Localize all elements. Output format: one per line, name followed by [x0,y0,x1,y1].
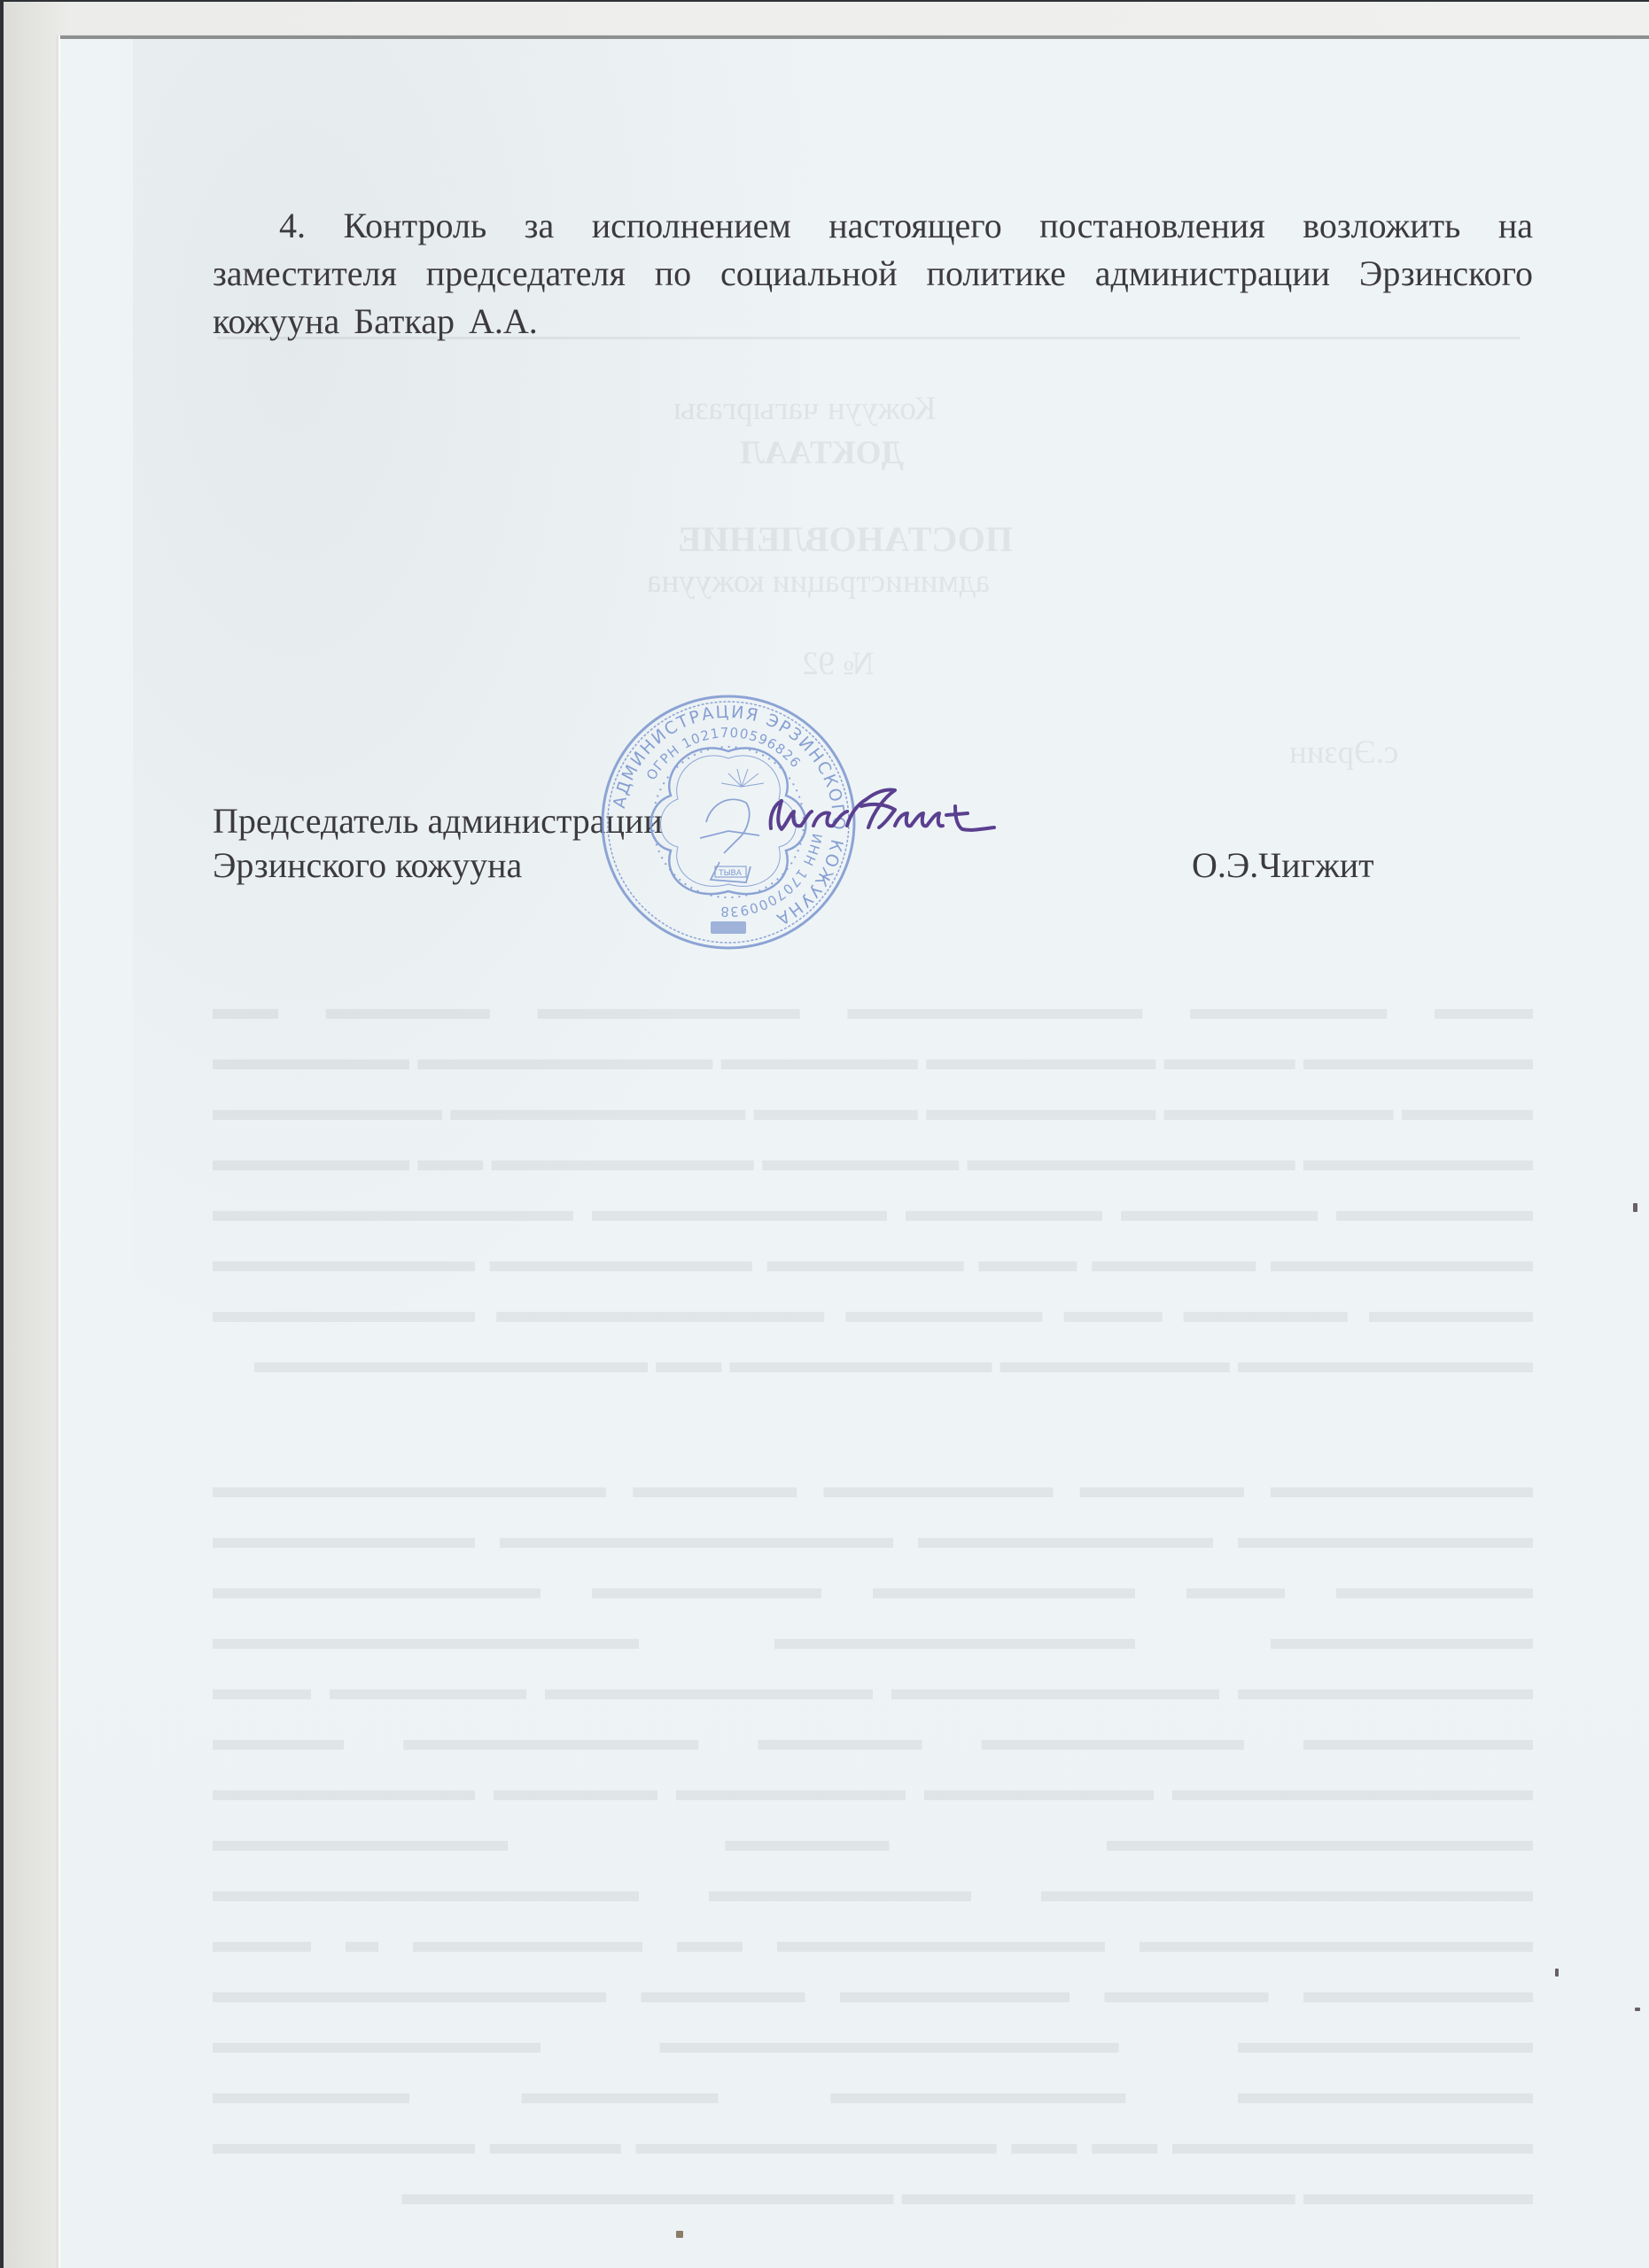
handwritten-signature [762,780,1010,842]
scan-speck [1555,1969,1559,1977]
signatory-name: О.Э.Чигжит [1192,843,1374,888]
scan-speck [676,2231,683,2238]
scan-speck [1635,2008,1640,2011]
paragraph-4-control-clause: 4. Контроль за исполнением настоящего по… [213,202,1533,346]
seal-emblem-label: ТЫВА [718,869,743,878]
scan-speck [1633,1203,1637,1212]
document-page [60,35,1649,2268]
